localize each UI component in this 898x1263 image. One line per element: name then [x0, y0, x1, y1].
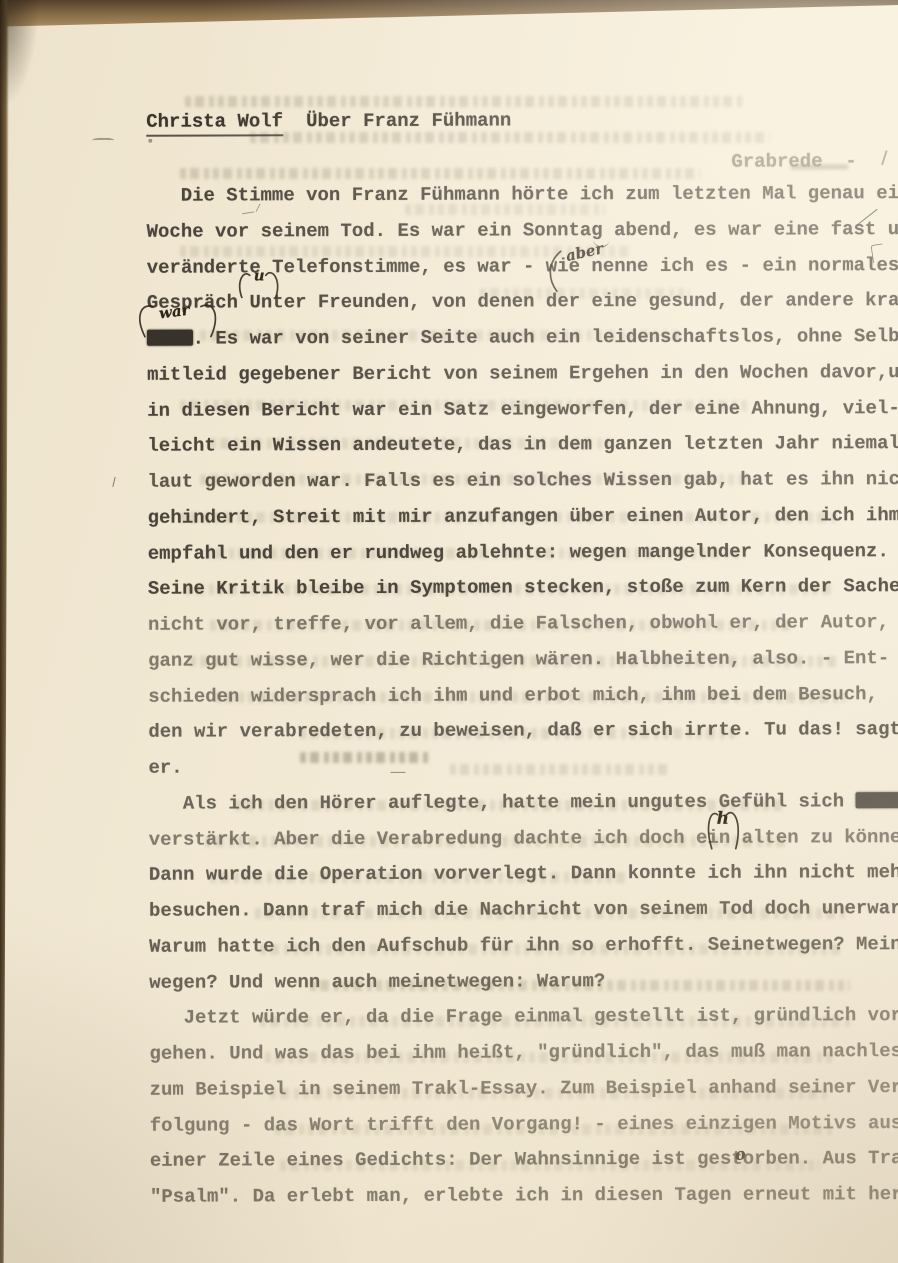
typed-line: mitleid gegebener Bericht von seinem Erg… — [147, 355, 898, 393]
typed-line: gehen. Und was das bei ihm heißt, "gründ… — [149, 1034, 898, 1072]
author-name: Christa Wolf — [146, 110, 283, 136]
pen-smear — [790, 164, 848, 169]
typed-line: er. — [148, 748, 898, 786]
typed-line: Woche vor seinem Tod. Es war ein Sonntag… — [147, 212, 898, 250]
typed-line: Warum hatte ich den Aufschub für ihn so … — [149, 927, 898, 965]
typed-line: in diesen Bericht war ein Satz eingeworf… — [147, 391, 898, 429]
pencil-tick — [112, 477, 115, 487]
typed-line: zum Beispiel in seinem Trakl-Essay. Zum … — [150, 1070, 898, 1108]
pen-hook-mark — [870, 243, 884, 263]
typed-line: den wir verabredeten, zu beweisen, daß e… — [148, 712, 898, 750]
typed-text-block: Die Stimme von Franz Fühmann hörte ich z… — [146, 176, 898, 1215]
typed-line: Dann wurde die Operation vorverlegt. Dan… — [149, 855, 898, 893]
handwritten-insert-h: h — [717, 809, 729, 829]
typed-line: empfahl und den er rundweg ablehnte: weg… — [148, 534, 898, 572]
typed-line: schieden widersprach ich ihm und erbot m… — [148, 677, 898, 715]
handwritten-paren-mark — [539, 249, 565, 293]
typed-line: "Psalm". Da erlebt man, erlebte ich in d… — [150, 1177, 898, 1215]
pencil-mark-top-left — [92, 138, 114, 144]
typed-line: folgung - das Wort trifft den Vorgang! -… — [150, 1106, 898, 1144]
page-content: Christa WolfÜber Franz Fühmann Grabrede … — [0, 0, 898, 1263]
typed-line: verstärkt. Aber die Verabredung dachte i… — [149, 820, 898, 858]
typed-line: Die Stimme von Franz Fühmann hörte ich z… — [146, 176, 898, 214]
typed-line: gehindert, Streit mit mir anzufangen übe… — [148, 498, 898, 536]
typed-line: nicht vor, treffe, vor allem, die Falsch… — [148, 605, 898, 643]
pencil-squiggle — [241, 205, 254, 215]
pen-edge-stroke — [881, 150, 887, 165]
typed-line: Als ich den Hörer auflegte, hatte mein u… — [149, 784, 898, 822]
photo-corner-shadow — [0, 0, 40, 110]
typed-line: Jetzt würde er, da die Frage einmal gest… — [149, 998, 898, 1036]
document-title: Über Franz Fühmann — [306, 109, 511, 132]
handwritten-insert-war: war — [158, 301, 191, 323]
pencil-dash — [390, 772, 405, 773]
pencil-dot — [148, 139, 152, 143]
typed-line: laut geworden war. Falls es ein solches … — [147, 462, 898, 500]
typed-line: Seine Kritik bleibe in Symptomen stecken… — [148, 569, 898, 607]
typed-line: wegen? Und wenn auch meinetwegen: Warum? — [149, 963, 898, 1001]
typed-line: . Es war von seiner Seite auch ein leide… — [147, 319, 898, 357]
byline: Christa WolfÜber Franz Fühmann — [146, 109, 511, 132]
handwritten-lowercase-u: u — [254, 266, 265, 284]
typed-line: leicht ein Wissen andeutete, das in dem … — [147, 426, 898, 464]
redacted-word — [855, 792, 898, 808]
typed-line: besuchen. Dann traf mich die Nachricht v… — [149, 891, 898, 929]
typed-line: ganz gut wisse, wer die Richtigen wären.… — [148, 641, 898, 679]
photographed-typescript-page: Christa WolfÜber Franz Fühmann Grabrede … — [0, 0, 898, 1263]
typed-line: einer Zeile eines Gedichts: Der Wahnsinn… — [150, 1141, 898, 1179]
